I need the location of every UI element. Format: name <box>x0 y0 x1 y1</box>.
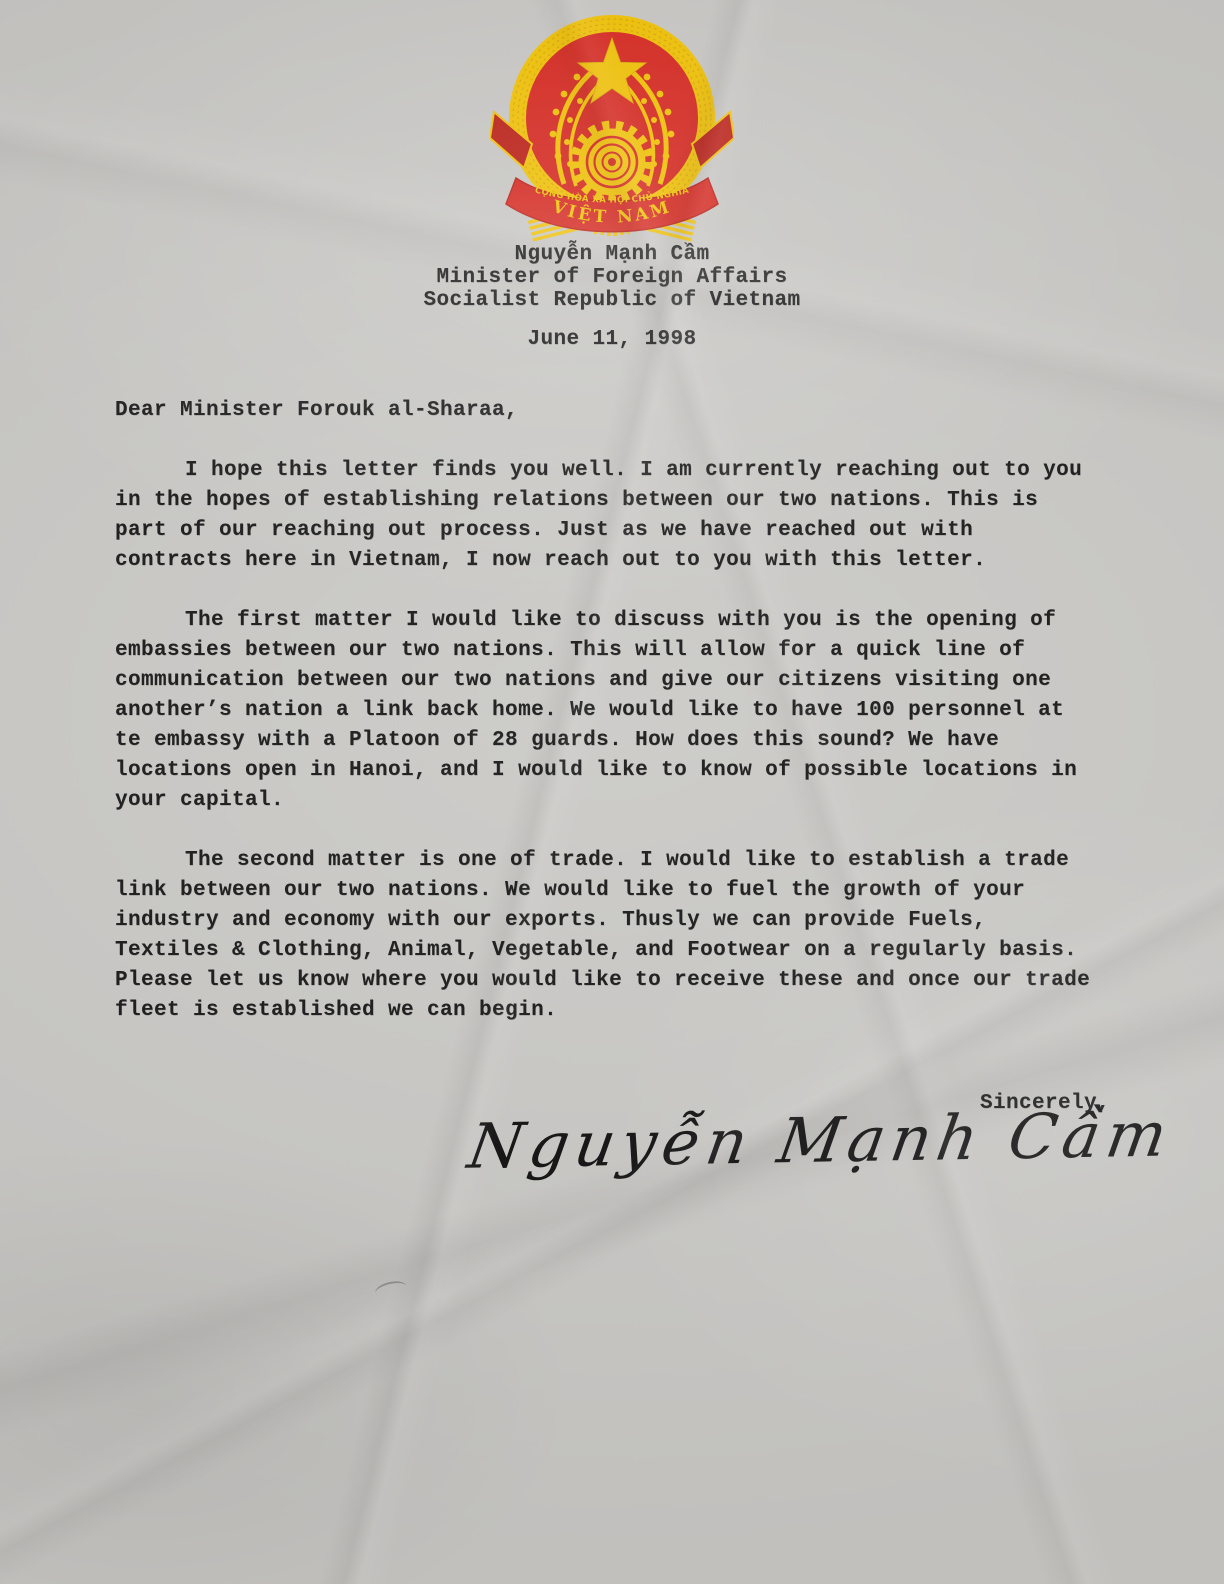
sender-country: Socialist Republic of Vietnam <box>0 289 1224 312</box>
signature: Nguyễn Mạnh Cầm <box>463 1098 1137 1183</box>
letter-date: June 11, 1998 <box>0 328 1224 351</box>
letter-page: CỘNG HÒA XÃ HỘI CHỦ NGHĨA VIỆT NAM Nguyễ… <box>0 0 1224 1584</box>
pencil-mark <box>374 1279 407 1294</box>
letter-body: Dear Minister Forouk al-Sharaa, I hope t… <box>115 396 1200 1056</box>
paragraph-2: The first matter I would like to discuss… <box>115 606 1200 816</box>
sender-name: Nguyễn Mạnh Cầm <box>0 243 1224 266</box>
paragraph-3: The second matter is one of trade. I wou… <box>115 846 1200 1026</box>
sender-title: Minister of Foreign Affairs <box>0 266 1224 289</box>
salutation: Dear Minister Forouk al-Sharaa, <box>115 396 1200 426</box>
paragraph-1: I hope this letter finds you well. I am … <box>115 456 1200 576</box>
letterhead: Nguyễn Mạnh Cầm Minister of Foreign Affa… <box>0 243 1224 312</box>
vietnam-coat-of-arms-icon: CỘNG HÒA XÃ HỘI CHỦ NGHĨA VIỆT NAM <box>490 6 734 242</box>
